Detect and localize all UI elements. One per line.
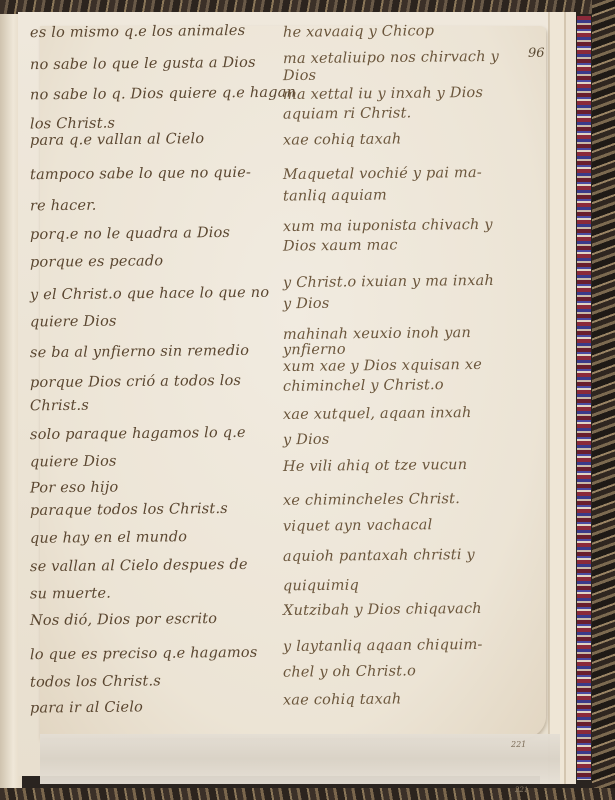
manuscript-line: viquet ayn vachacal: [283, 517, 433, 535]
manuscript-line: para q.e vallan al Cielo: [30, 131, 204, 149]
manuscript-line: porque Dios crió a todos los: [30, 373, 241, 391]
manuscript-line: ma xettal iu y inxah y Dios: [283, 85, 483, 103]
manuscript-line: su muerte.: [30, 586, 111, 603]
catalog-mark: 221: [511, 740, 526, 749]
manuscript-line: he xavaaiq y Chicop: [283, 23, 434, 41]
manuscript-line: Nos dió, Dios por escrito: [30, 611, 217, 629]
manuscript-line: aquioh pantaxah christi y: [283, 547, 475, 565]
manuscript-line: Dios xaum mac: [283, 237, 398, 254]
manuscript-line: chel y oh Christ.o: [283, 663, 416, 680]
manuscript-line: tanliq aquiam: [283, 187, 387, 204]
manuscript-line: ynfierno: [283, 342, 346, 359]
manuscript-line: no sabe lo que le gusta a Dios: [30, 55, 256, 73]
manuscript-line: lo que es preciso q.e hagamos: [30, 645, 258, 663]
manuscript-line: chiminchel y Christ.o: [283, 377, 444, 395]
manuscript-line: Maquetal vochié y pai ma-: [283, 165, 482, 183]
catalog-mark-bottom: 221: [515, 786, 528, 794]
manuscript-line: quiere Dios: [30, 454, 117, 471]
manuscript-line: porq.e no le quadra a Dios: [30, 225, 230, 243]
manuscript-line: y laytanliq aqaan chiquim-: [283, 637, 483, 655]
manuscript-line: aquiam ri Christ.: [283, 105, 412, 122]
folio-number: 96: [528, 46, 545, 61]
marbled-binding-right: [592, 0, 615, 800]
manuscript-line: todos los Christ.s: [30, 673, 161, 690]
manuscript-line: Por eso hijo: [30, 480, 119, 497]
manuscript-line: quiere Dios: [30, 314, 117, 331]
manuscript-line: xe chimincheles Christ.: [283, 491, 460, 509]
manuscript-line: solo paraque hagamos lo q.e: [30, 425, 246, 443]
marbled-page-edge: [577, 16, 591, 780]
manuscript-line: xae cohiq taxah: [283, 691, 402, 708]
manuscript-line: xae cohiq taxah: [283, 131, 402, 148]
manuscript-line: Christ.s: [30, 398, 89, 415]
manuscript-line: ma xetaliuipo nos chirvach y: [283, 49, 499, 67]
manuscript-line: mahinah xeuxio inoh yan: [283, 325, 471, 343]
manuscript-line: es lo mismo q.e los animales: [30, 23, 245, 41]
manuscript-line: y Dios: [283, 296, 330, 312]
manuscript-line: Xutzibah y Dios chiqavach: [283, 601, 482, 619]
manuscript-line: y el Christ.o que hace lo que no: [30, 285, 269, 304]
manuscript-line: para ir al Cielo: [30, 699, 143, 716]
manuscript-line: He vili ahiq ot tze vucun: [283, 457, 467, 475]
manuscript-line: los Christ.s: [30, 116, 115, 133]
manuscript-line: tampoco sabe lo que no quie-: [30, 165, 251, 183]
manuscript-line: porque es pecado: [30, 253, 163, 270]
manuscript-line: no sabe lo q. Dios quiere q.e hagan: [30, 85, 296, 104]
manuscript-line: Dios: [283, 68, 316, 84]
manuscript-line: y Dios: [283, 432, 330, 448]
manuscript-line: se ba al ynfierno sin remedio: [30, 343, 249, 361]
manuscript-line: que hay en el mundo: [30, 529, 187, 547]
manuscript-line: xum xae y Dios xquisan xe: [283, 357, 482, 375]
manuscript-line: xae xutquel, aqaan inxah: [283, 405, 472, 423]
manuscript-line: re hacer.: [30, 198, 97, 215]
manuscript-line: se vallan al Cielo despues de: [30, 557, 248, 575]
manuscript-line: xum ma iuponista chivach y: [283, 217, 493, 235]
manuscript-line: y Christ.o ixuian y ma inxah: [283, 273, 494, 291]
manuscript-line: quiquimiq: [283, 578, 359, 595]
manuscript-line: paraque todos los Christ.s: [30, 501, 228, 519]
manuscript-page: 96 221 221 es lo mismo q.e los animalesn…: [18, 12, 549, 776]
paper-repair-strip: [40, 734, 560, 784]
